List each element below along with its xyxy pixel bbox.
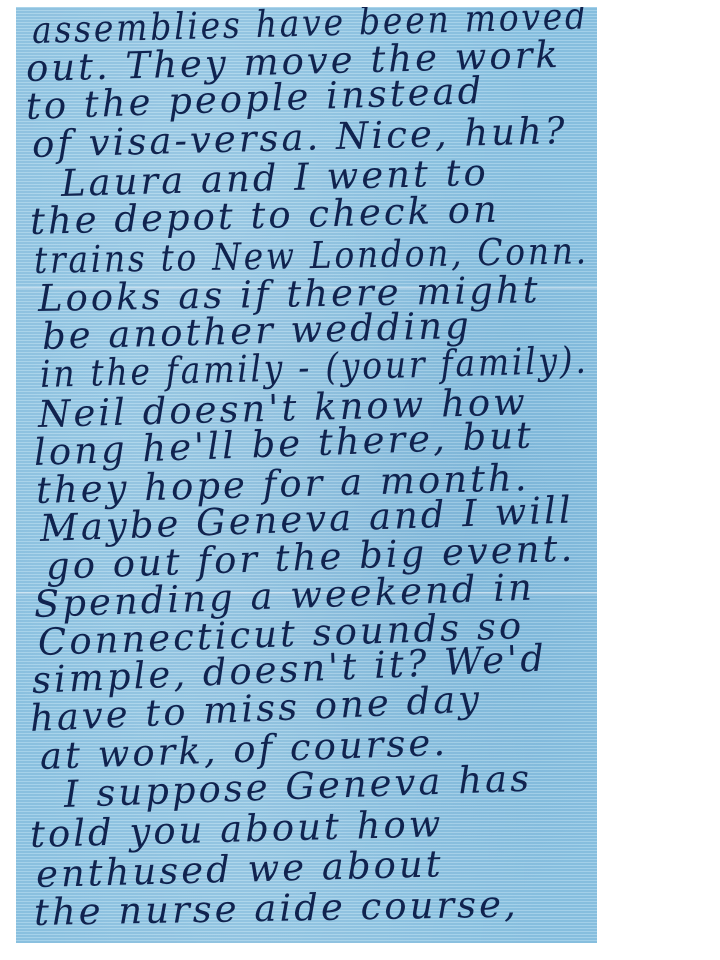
letter-page: assemblies have been moved out. They mov… (16, 7, 597, 943)
handwritten-line: the nurse aide course, (34, 883, 519, 934)
